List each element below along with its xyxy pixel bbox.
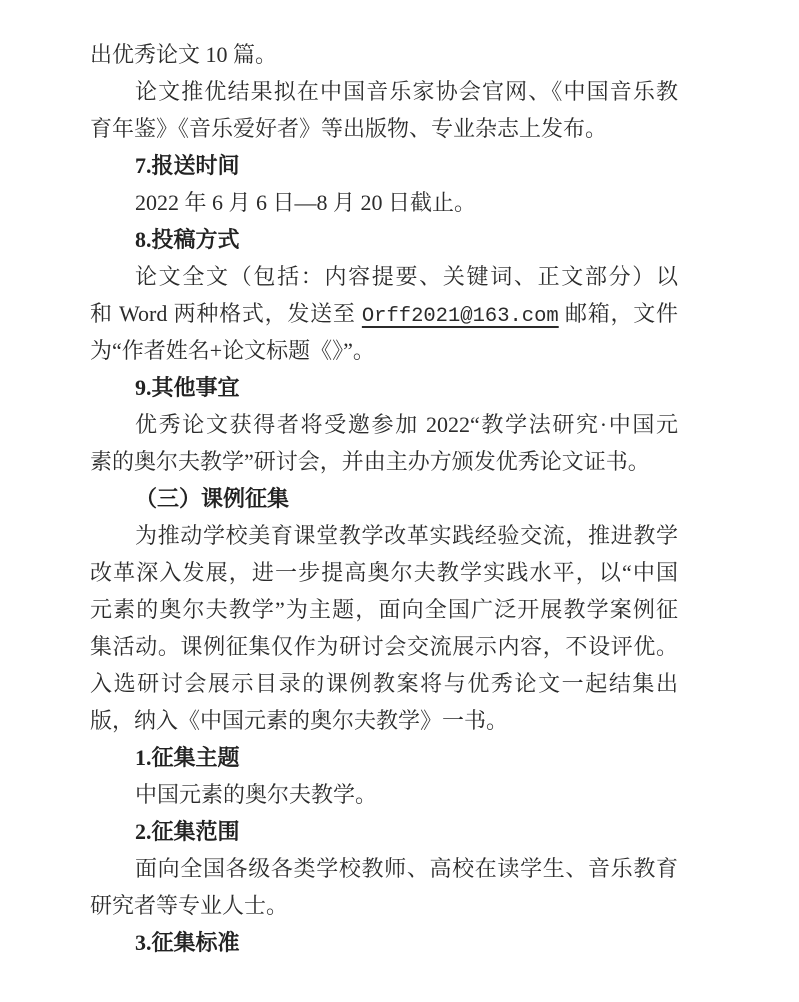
text-line: 优秀论文获得者将受邀参加 2022“教学法研究·中国元 (90, 406, 678, 443)
heading-line: 2.征集范围 (90, 813, 678, 850)
text-line: 为推动学校美育课堂教学改革实践经验交流，推进教学 (90, 517, 678, 554)
text-line: 论文推优结果拟在中国音乐家协会官网、《中国音乐教 (90, 73, 678, 110)
text-line: 2022 年 6 月 6 日—8 月 20 日截止。 (90, 184, 678, 221)
text-line: 元素的奥尔夫教学”为主题，面向全国广泛开展教学案例征 (90, 591, 678, 628)
text-line: 版，纳入《中国元素的奥尔夫教学》一书。 (90, 702, 678, 739)
text-segment: 和 Word 两种格式，发送至 (90, 301, 362, 326)
text-line: 出优秀论文 10 篇。 (90, 36, 678, 73)
text-line: 中国元素的奥尔夫教学。 (90, 776, 678, 813)
text-line: 论文全文（包括：内容提要、关键词、正文部分）以 PDF (90, 258, 678, 295)
heading-line: 9.其他事宜 (90, 369, 678, 406)
heading-line: 3.征集标准 (90, 924, 678, 961)
document-content: 出优秀论文 10 篇。论文推优结果拟在中国音乐家协会官网、《中国音乐教育年鉴》《… (90, 36, 678, 961)
text-line: 入选研讨会展示目录的课例教案将与优秀论文一起结集出 (90, 665, 678, 702)
text-line: 集活动。课例征集仅作为研讨会交流展示内容，不设评优。 (90, 628, 678, 665)
text-line: 面向全国各级各类学校教师、高校在读学生、音乐教育 (90, 850, 678, 887)
scanned-document-page: 出优秀论文 10 篇。论文推优结果拟在中国音乐家协会官网、《中国音乐教育年鉴》《… (0, 0, 799, 1002)
text-line: 素的奥尔夫教学”研讨会，并由主办方颁发优秀论文证书。 (90, 443, 678, 480)
heading-line: 1.征集主题 (90, 739, 678, 776)
text-line: 育年鉴》《音乐爱好者》等出版物、专业杂志上发布。 (90, 110, 678, 147)
text-line: 研究者等专业人士。 (90, 887, 678, 924)
heading-line: 8.投稿方式 (90, 221, 678, 258)
text-line: 和 Word 两种格式，发送至 Orff2021@163.com 邮箱，文件名 (90, 295, 678, 332)
text-line: 为“作者姓名+论文标题《》”。 (90, 332, 678, 369)
email-address: Orff2021@163.com (362, 305, 559, 328)
heading-line: （三）课例征集 (90, 480, 678, 517)
text-line: 改革深入发展，进一步提高奥尔夫教学实践水平，以“中国 (90, 554, 678, 591)
heading-line: 7.报送时间 (90, 147, 678, 184)
